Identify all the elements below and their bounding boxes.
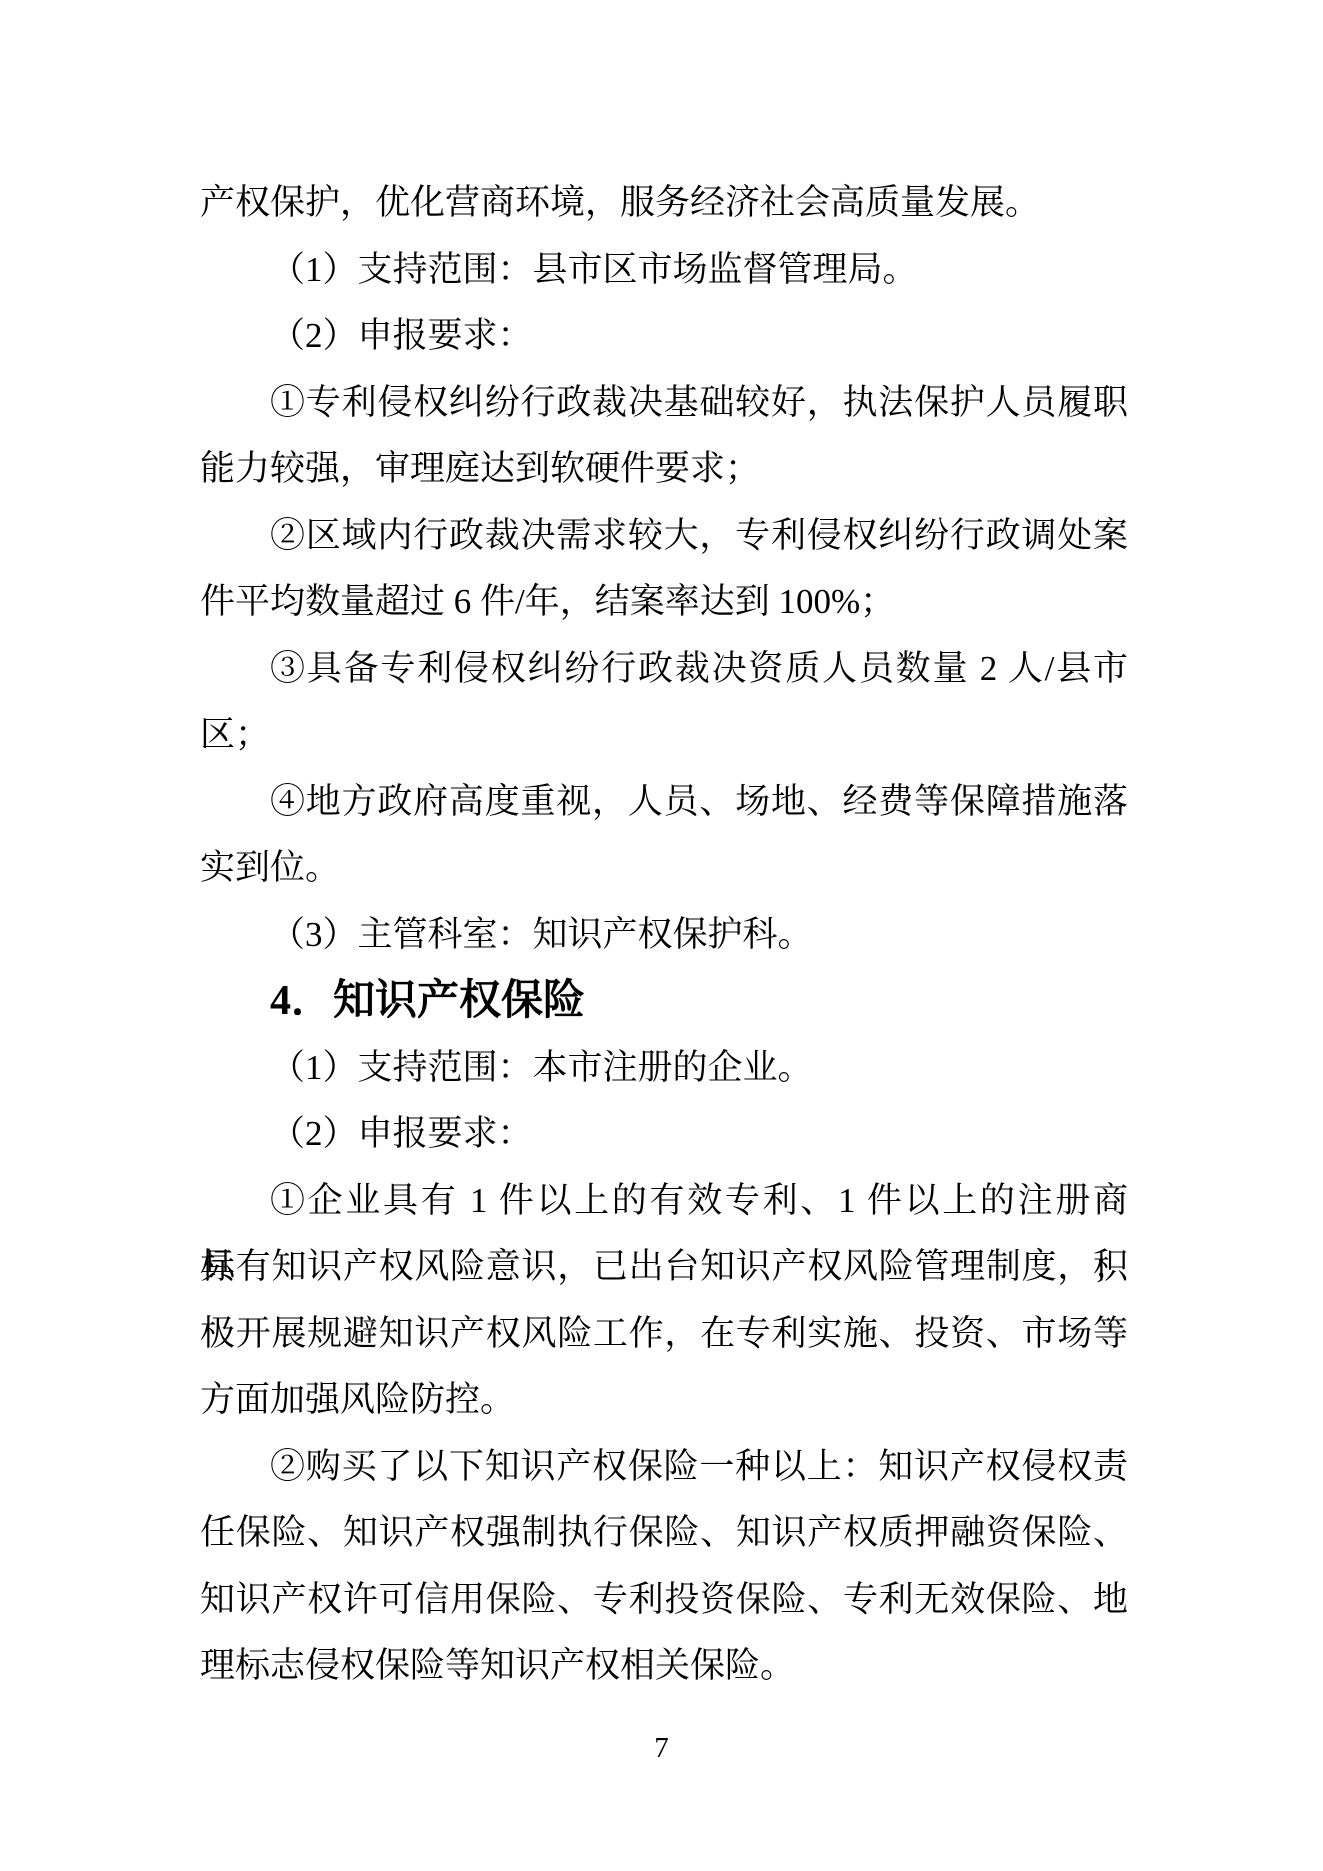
text-line: 产权保护，优化营商环境，服务经济社会高质量发展。 <box>200 170 1128 237</box>
text-line: ②区域内行政裁决需求较大，专利侵权纠纷行政调处案 <box>200 503 1128 570</box>
text-line: 方面加强风险防控。 <box>200 1367 1128 1434</box>
text-line: ③具备专利侵权纠纷行政裁决资质人员数量 2 人/县市 <box>200 636 1128 703</box>
text-line: ①专利侵权纠纷行政裁决基础较好，执法保护人员履职 <box>200 370 1128 437</box>
text-line: 能力较强，审理庭达到软硬件要求； <box>200 436 1128 503</box>
text-line: 理标志侵权保险等知识产权相关保险。 <box>200 1633 1128 1700</box>
page-number: 7 <box>0 1731 1323 1765</box>
text-line: （1）支持范围：本市注册的企业。 <box>200 1035 1128 1102</box>
text-line: （3）主管科室：知识产权保护科。 <box>200 902 1128 969</box>
text-line: ④地方政府高度重视，人员、场地、经费等保障措施落 <box>200 769 1128 836</box>
text-line: ①企业具有 1 件以上的有效专利、1 件以上的注册商标； <box>200 1168 1128 1235</box>
text-line: （2）申报要求： <box>200 303 1128 370</box>
text-line: 具有知识产权风险意识，已出台知识产权风险管理制度，积 <box>200 1234 1128 1301</box>
section-heading: 4．知识产权保险 <box>200 968 1128 1035</box>
text-line: 区； <box>200 702 1128 769</box>
document-page: 产权保护，优化营商环境，服务经济社会高质量发展。 （1）支持范围：县市区市场监督… <box>0 0 1323 1871</box>
text-line: 任保险、知识产权强制执行保险、知识产权质押融资保险、 <box>200 1500 1128 1567</box>
text-line: （1）支持范围：县市区市场监督管理局。 <box>200 237 1128 304</box>
text-line: 知识产权许可信用保险、专利投资保险、专利无效保险、地 <box>200 1567 1128 1634</box>
text-line: （2）申报要求： <box>200 1101 1128 1168</box>
document-body: 产权保护，优化营商环境，服务经济社会高质量发展。 （1）支持范围：县市区市场监督… <box>200 170 1128 1700</box>
text-line: 件平均数量超过 6 件/年，结案率达到 100%； <box>200 569 1128 636</box>
text-line: 实到位。 <box>200 835 1128 902</box>
text-line: ②购买了以下知识产权保险一种以上：知识产权侵权责 <box>200 1434 1128 1501</box>
text-line: 极开展规避知识产权风险工作，在专利实施、投资、市场等 <box>200 1301 1128 1368</box>
